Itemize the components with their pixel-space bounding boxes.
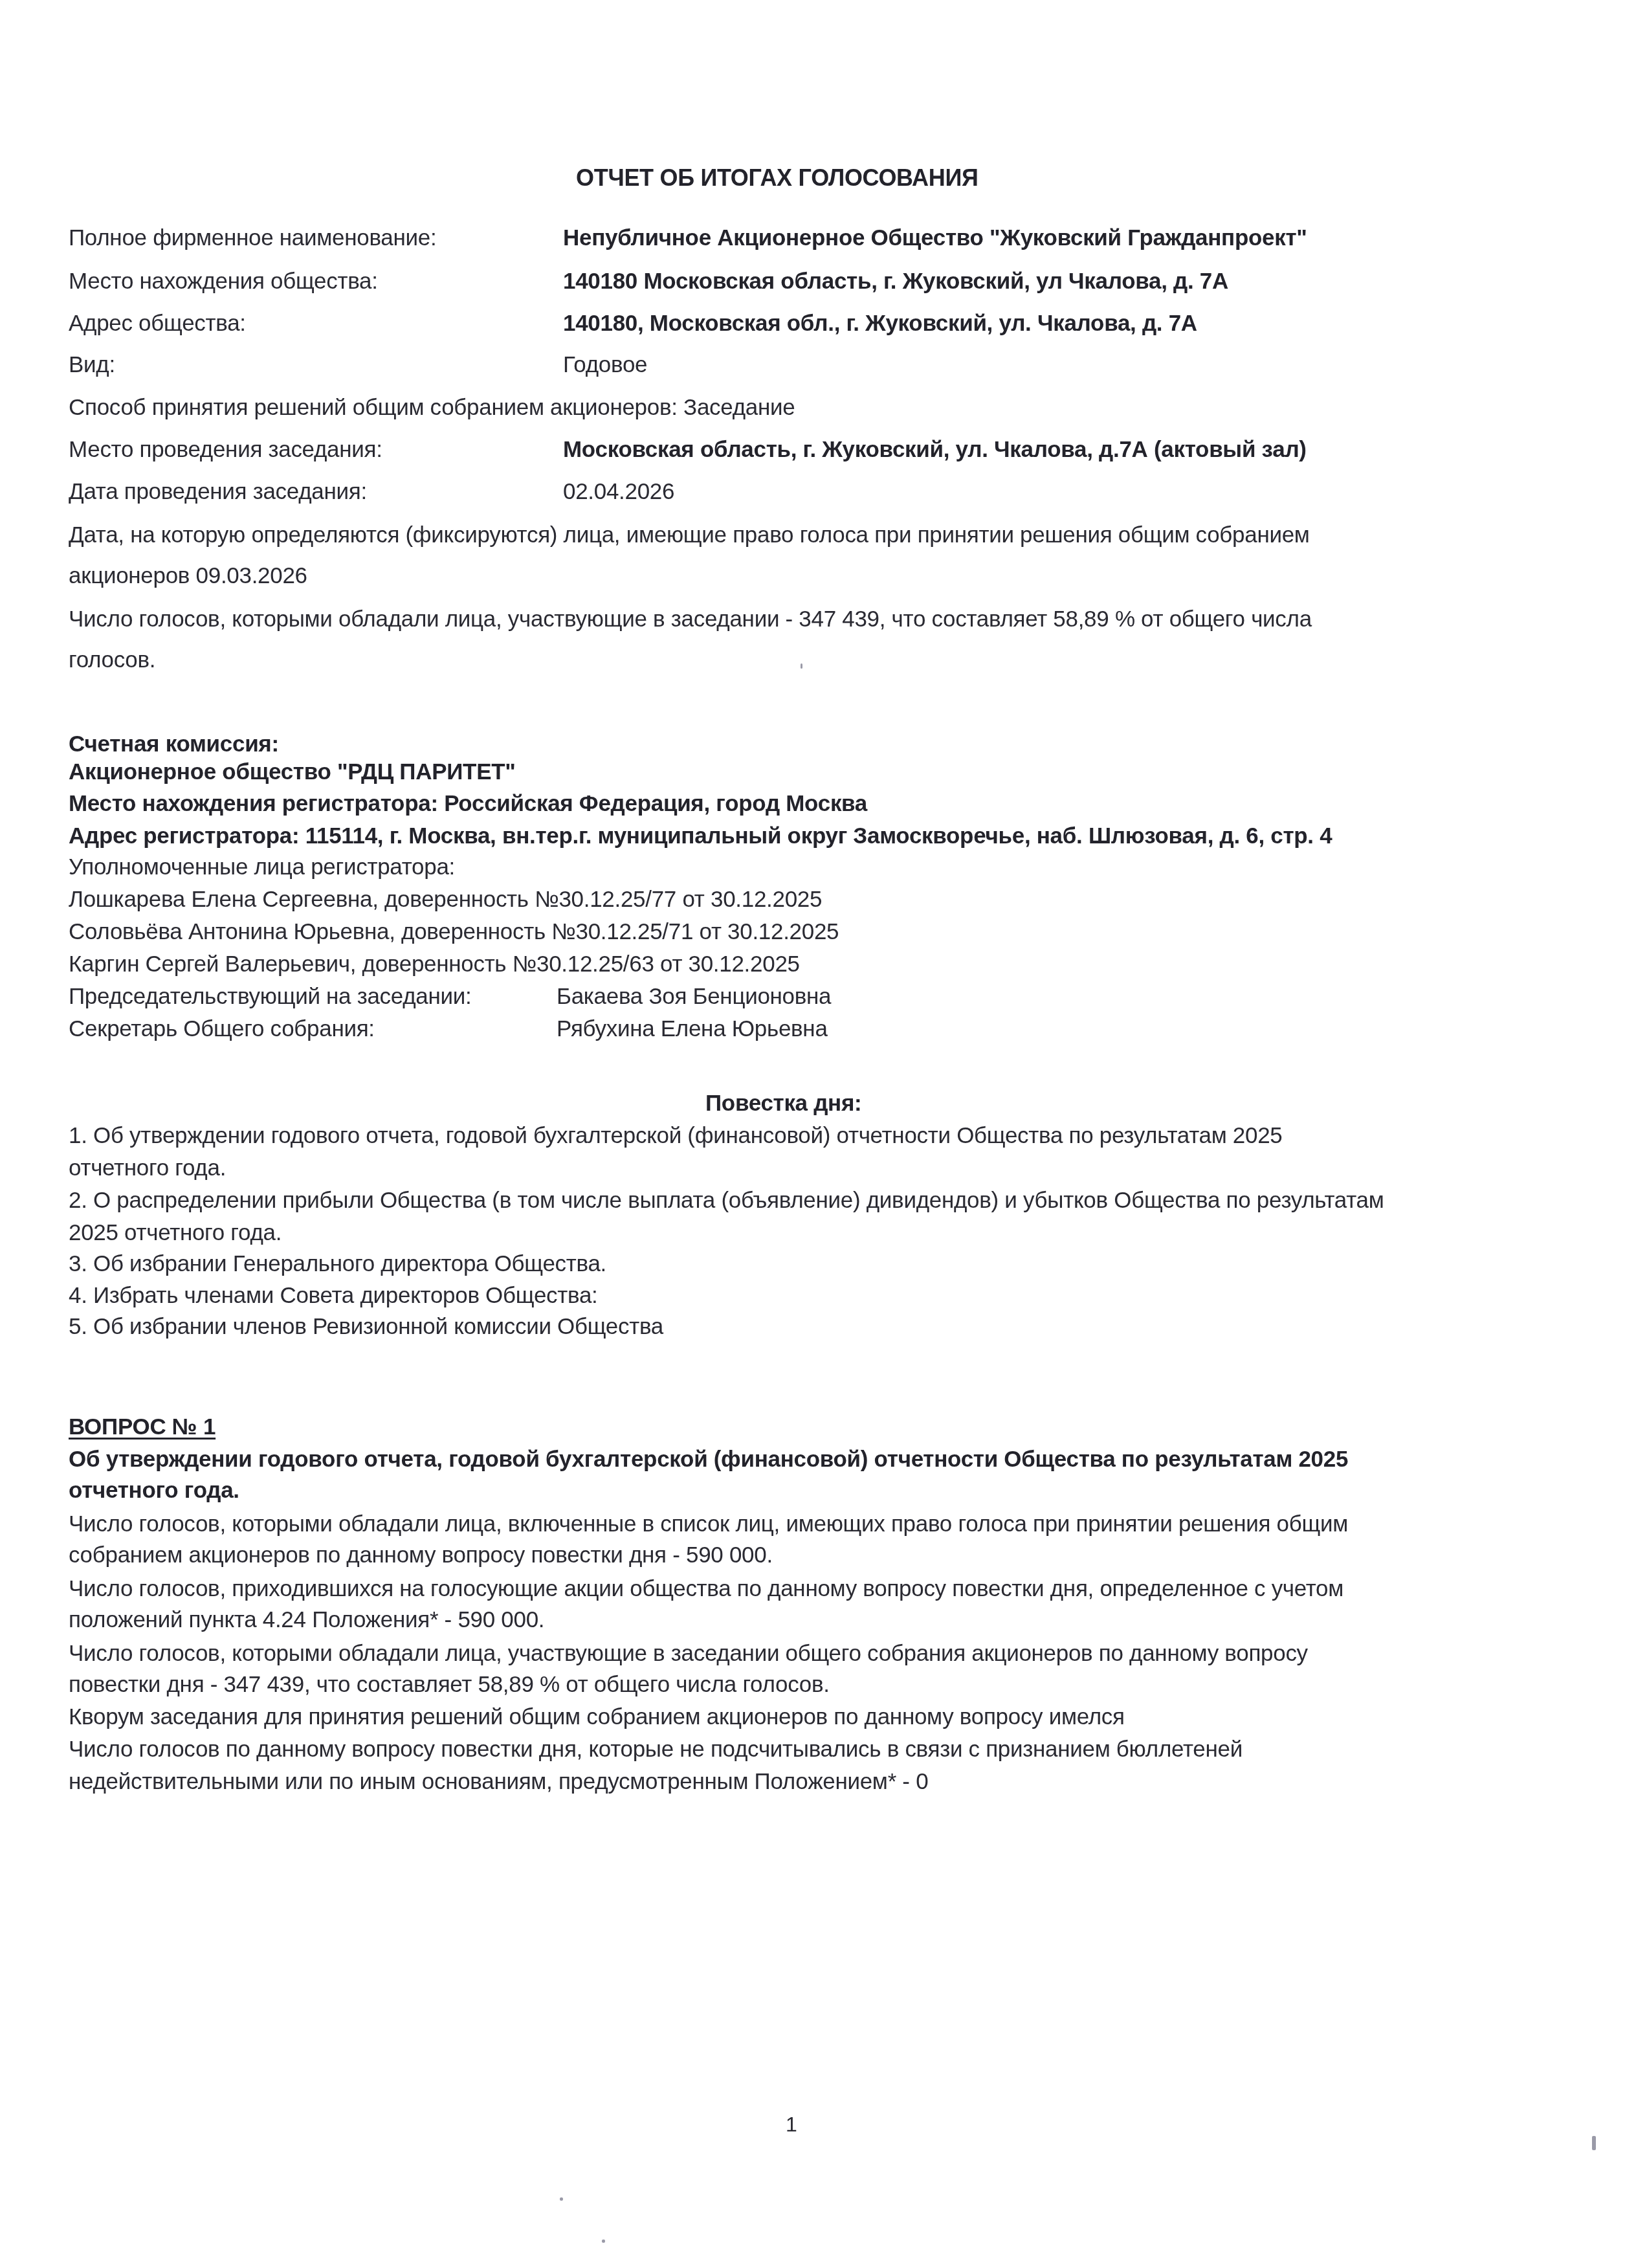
- question-1-body-line: Число голосов, приходившихся на голосующ…: [69, 1576, 1343, 1602]
- authorized-persons-heading: Уполномоченные лица регистратора:: [69, 854, 455, 880]
- question-1-heading: ВОПРОС № 1: [69, 1414, 216, 1440]
- agenda-item: 4. Избрать членами Совета директоров Общ…: [69, 1283, 597, 1309]
- agenda-item: 1. Об утверждении годового отчета, годов…: [69, 1123, 1283, 1149]
- agenda-item: 5. Об избрании членов Ревизионной комисс…: [69, 1314, 663, 1340]
- company-location-label: Место нахождения общества:: [69, 269, 378, 295]
- question-1-body-line: собранием акционеров по данному вопросу …: [69, 1542, 773, 1568]
- decision-method-line: Способ принятия решений общим собранием …: [69, 395, 795, 421]
- counting-commission-heading: Счетная комиссия:: [69, 731, 279, 757]
- scan-artifact: [560, 2197, 563, 2201]
- company-location-value: 140180 Московская область, г. Жуковский,…: [563, 269, 1228, 295]
- meeting-type-value: Годовое: [563, 352, 647, 378]
- meeting-place-label: Место проведения заседания:: [69, 437, 382, 463]
- record-date-line-2: акционеров 09.03.2026: [69, 563, 307, 589]
- agenda-item: 3. Об избрании Генерального директора Об…: [69, 1251, 606, 1277]
- company-name-label: Полное фирменное наименование:: [69, 225, 436, 251]
- agenda-heading: Повестка дня:: [705, 1091, 861, 1117]
- question-1-body-line: Число голосов, которыми обладали лица, в…: [69, 1511, 1348, 1537]
- meeting-date-label: Дата проведения заседания:: [69, 479, 367, 505]
- page-number: 1: [786, 2111, 797, 2137]
- question-1-title-line-2: отчетного года.: [69, 1478, 239, 1504]
- authorized-person: Лошкарева Елена Сергеевна, доверенность …: [69, 887, 822, 913]
- question-1-body-line: недействительными или по иным основаниям…: [69, 1769, 928, 1795]
- question-1-body-line: Число голосов, которыми обладали лица, у…: [69, 1641, 1308, 1667]
- votes-line-2: голосов.: [69, 647, 155, 673]
- question-1-body-line: Число голосов по данному вопросу повестк…: [69, 1737, 1243, 1762]
- question-1-body-line: повестки дня - 347 439, что составляет 5…: [69, 1672, 830, 1698]
- meeting-place-value: Московская область, г. Жуковский, ул. Чк…: [563, 437, 1307, 463]
- question-1-quorum-line: Кворум заседания для принятия решений об…: [69, 1704, 1125, 1730]
- votes-line-1: Число голосов, которыми обладали лица, у…: [69, 606, 1312, 632]
- question-1-title-line-1: Об утверждении годового отчета, годовой …: [69, 1447, 1348, 1473]
- agenda-item: 2. О распределении прибыли Общества (в т…: [69, 1188, 1384, 1214]
- secretary-label: Секретарь Общего собрания:: [69, 1016, 375, 1042]
- authorized-person: Каргин Сергей Валерьевич, доверенность №…: [69, 951, 800, 977]
- chairman-label: Председательствующий на заседании:: [69, 984, 471, 1010]
- meeting-date-value: 02.04.2026: [563, 479, 674, 505]
- agenda-item-continuation: отчетного года.: [69, 1155, 226, 1181]
- chairman-value: Бакаева Зоя Бенционовна: [557, 984, 831, 1010]
- registrar-name: Акционерное общество "РДЦ ПАРИТЕТ": [69, 759, 516, 785]
- scan-artifact: [1592, 2136, 1596, 2150]
- record-date-line-1: Дата, на которую определяются (фиксируют…: [69, 522, 1310, 548]
- registrar-location: Место нахождения регистратора: Российска…: [69, 791, 867, 817]
- scan-artifact: [801, 663, 802, 669]
- registrar-address: Адрес регистратора: 115114, г. Москва, в…: [69, 823, 1332, 849]
- document-page: ОТЧЕТ ОБ ИТОГАХ ГОЛОСОВАНИЯ Полное фирме…: [0, 0, 1636, 2268]
- company-address-label: Адрес общества:: [69, 311, 246, 337]
- secretary-value: Рябухина Елена Юрьевна: [557, 1016, 828, 1042]
- company-address-value: 140180, Московская обл., г. Жуковский, у…: [563, 311, 1197, 337]
- scan-artifact: [602, 2240, 605, 2243]
- question-1-body-line: положений пункта 4.24 Положения* - 590 0…: [69, 1607, 544, 1633]
- meeting-type-label: Вид:: [69, 352, 115, 378]
- agenda-item-continuation: 2025 отчетного года.: [69, 1220, 282, 1246]
- authorized-person: Соловьёва Антонина Юрьевна, доверенность…: [69, 919, 839, 945]
- company-name-value: Непубличное Акционерное Общество "Жуковс…: [563, 225, 1307, 251]
- report-title: ОТЧЕТ ОБ ИТОГАХ ГОЛОСОВАНИЯ: [576, 165, 978, 191]
